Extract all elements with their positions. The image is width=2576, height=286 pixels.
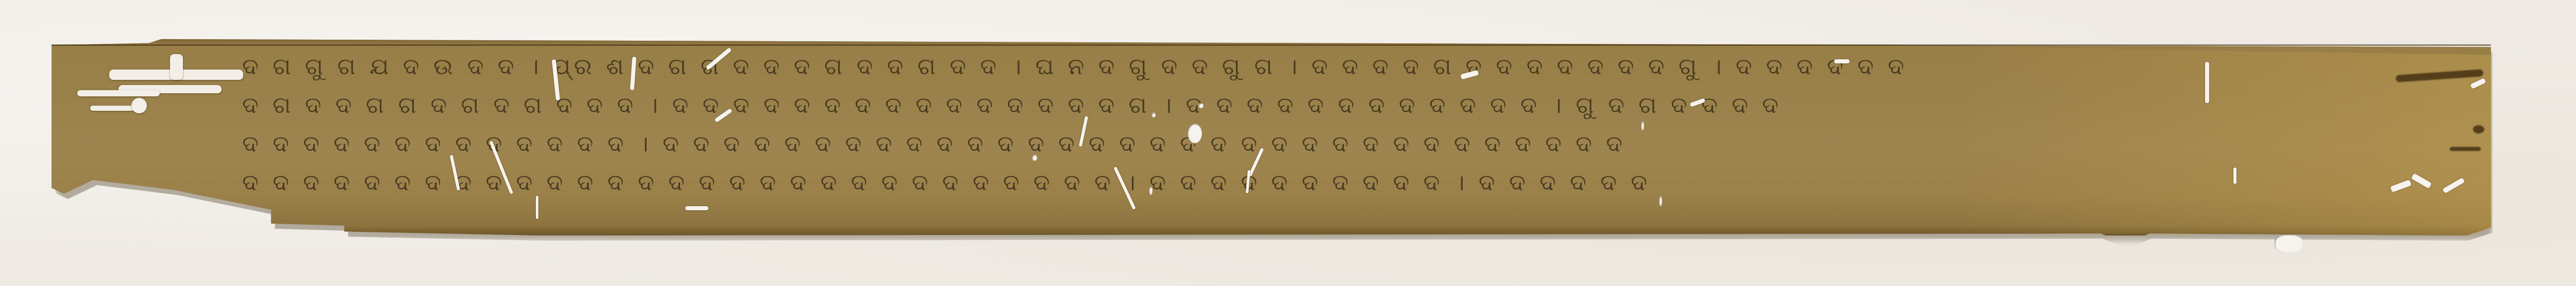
insect-damage — [131, 98, 147, 113]
insect-damage — [170, 54, 183, 80]
worm-hole — [2275, 234, 2303, 253]
insect-damage — [77, 90, 160, 96]
manuscript-line-2: ଦ ଗ ଦ ଦ ଗ ଗ ଦ ଗ ଦ ଗ ଦ ଦ ଦ । ଦ ଦ ଦ ଦ ଦ ଦ … — [242, 90, 1782, 121]
leaf-crack — [536, 196, 538, 219]
leaf-crack — [685, 206, 708, 210]
worm-hole — [1149, 187, 1153, 195]
manuscript-line-1: ଦ ଗ ଗୁ ଗ ଯ ଦ ଉ ଦ ଦ । ପ୍ର ଶ ଦ ଗ ଗ ଦ ଦ ଦ ଗ… — [242, 52, 1907, 82]
worm-hole — [1151, 112, 1156, 117]
worm-hole — [1198, 103, 1204, 108]
worm-hole — [1659, 196, 1662, 206]
leaf-crack — [1834, 59, 1850, 63]
ink-stain — [2473, 125, 2484, 133]
leaf-top-rib — [52, 44, 2491, 46]
leaf-crack — [2205, 62, 2209, 103]
ink-stain — [2450, 147, 2481, 151]
leaf-crack — [2233, 167, 2236, 184]
manuscript-text-block: ଦ ଗ ଗୁ ଗ ଯ ଦ ଉ ଦ ଦ । ପ୍ର ଶ ଦ ଗ ଗ ଦ ଦ ଦ ଗ… — [242, 52, 2406, 216]
worm-hole — [1188, 124, 1202, 143]
worm-hole — [1641, 121, 1644, 130]
worm-hole — [1032, 155, 1037, 161]
